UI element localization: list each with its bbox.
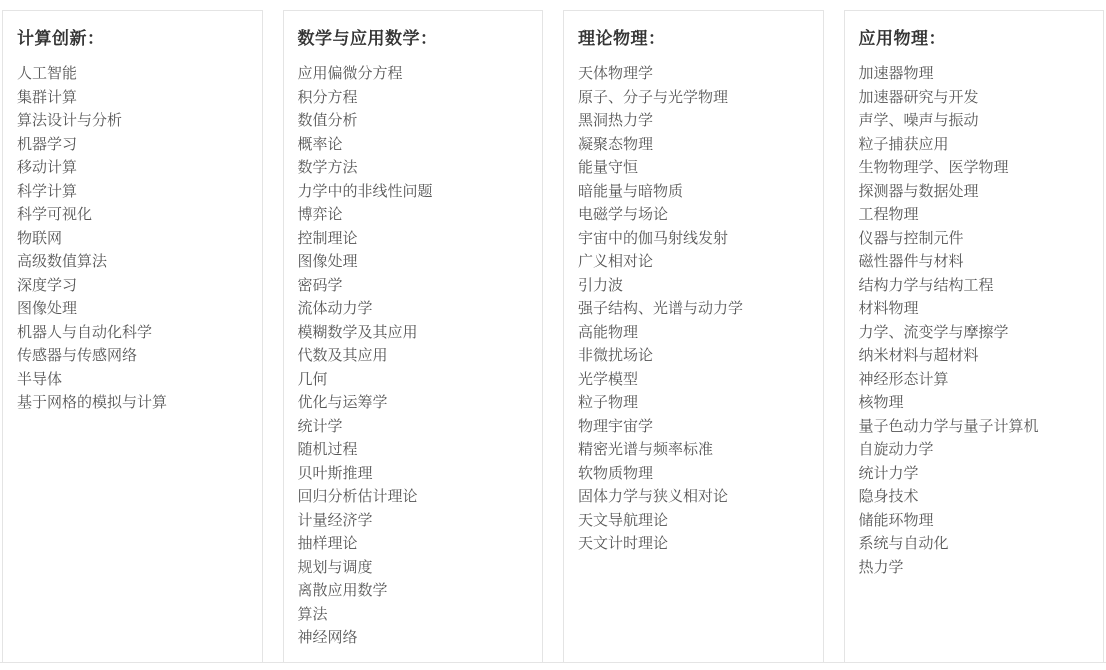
topic-item: 黑洞热力学 bbox=[578, 109, 809, 133]
topic-item: 系统与自动化 bbox=[859, 532, 1090, 556]
topic-item: 几何 bbox=[298, 368, 529, 392]
topic-item: 软物质物理 bbox=[578, 462, 809, 486]
topic-item: 加速器研究与开发 bbox=[859, 86, 1090, 110]
topic-item: 材料物理 bbox=[859, 297, 1090, 321]
topic-item: 结构力学与结构工程 bbox=[859, 274, 1090, 298]
topic-item: 物联网 bbox=[17, 227, 248, 251]
topic-item: 生物物理学、医学物理 bbox=[859, 156, 1090, 180]
topic-item: 宇宙中的伽马射线发射 bbox=[578, 227, 809, 251]
topic-item: 仪器与控制元件 bbox=[859, 227, 1090, 251]
topic-item: 光学模型 bbox=[578, 368, 809, 392]
topic-item: 神经网络 bbox=[298, 626, 529, 650]
topic-item: 探测器与数据处理 bbox=[859, 180, 1090, 204]
topic-list: 人工智能集群计算算法设计与分析机器学习移动计算科学计算科学可视化物联网高级数值算… bbox=[17, 62, 248, 415]
topic-item: 应用偏微分方程 bbox=[298, 62, 529, 86]
topic-item: 移动计算 bbox=[17, 156, 248, 180]
topic-item: 工程物理 bbox=[859, 203, 1090, 227]
category-column-3: 理论物理： 天体物理学原子、分子与光学物理黑洞热力学凝聚态物理能量守恒暗能量与暗… bbox=[563, 10, 824, 662]
topic-item: 集群计算 bbox=[17, 86, 248, 110]
topic-item: 规划与调度 bbox=[298, 556, 529, 580]
topic-item: 概率论 bbox=[298, 133, 529, 157]
topic-item: 物理宇宙学 bbox=[578, 415, 809, 439]
topic-item: 量子色动力学与量子计算机 bbox=[859, 415, 1090, 439]
topic-item: 随机过程 bbox=[298, 438, 529, 462]
topic-item: 固体力学与狭义相对论 bbox=[578, 485, 809, 509]
topic-item: 离散应用数学 bbox=[298, 579, 529, 603]
topic-item: 人工智能 bbox=[17, 62, 248, 86]
topic-item: 原子、分子与光学物理 bbox=[578, 86, 809, 110]
topic-item: 流体动力学 bbox=[298, 297, 529, 321]
topic-item: 贝叶斯推理 bbox=[298, 462, 529, 486]
topic-item: 热力学 bbox=[859, 556, 1090, 580]
topic-item: 暗能量与暗物质 bbox=[578, 180, 809, 204]
topic-item: 抽样理论 bbox=[298, 532, 529, 556]
topic-item: 算法设计与分析 bbox=[17, 109, 248, 133]
topic-item: 高级数值算法 bbox=[17, 250, 248, 274]
topic-item: 储能环物理 bbox=[859, 509, 1090, 533]
topic-item: 强子结构、光谱与动力学 bbox=[578, 297, 809, 321]
topic-item: 数值分析 bbox=[298, 109, 529, 133]
category-column-1: 计算创新： 人工智能集群计算算法设计与分析机器学习移动计算科学计算科学可视化物联… bbox=[2, 10, 263, 662]
topic-item: 半导体 bbox=[17, 368, 248, 392]
category-title: 数学与应用数学： bbox=[298, 27, 529, 50]
topic-item: 天体物理学 bbox=[578, 62, 809, 86]
topic-item: 模糊数学及其应用 bbox=[298, 321, 529, 345]
topic-item: 磁性器件与材料 bbox=[859, 250, 1090, 274]
topic-item: 粒子物理 bbox=[578, 391, 809, 415]
topic-item: 核物理 bbox=[859, 391, 1090, 415]
topic-item: 隐身技术 bbox=[859, 485, 1090, 509]
topic-item: 机器学习 bbox=[17, 133, 248, 157]
topic-item: 精密光谱与频率标准 bbox=[578, 438, 809, 462]
topic-item: 控制理论 bbox=[298, 227, 529, 251]
topic-list: 应用偏微分方程积分方程数值分析概率论数学方法力学中的非线性问题博弈论控制理论图像… bbox=[298, 62, 529, 650]
topic-item: 计量经济学 bbox=[298, 509, 529, 533]
topic-item: 广义相对论 bbox=[578, 250, 809, 274]
topic-item: 优化与运筹学 bbox=[298, 391, 529, 415]
topic-item: 科学计算 bbox=[17, 180, 248, 204]
topic-item: 神经形态计算 bbox=[859, 368, 1090, 392]
topic-item: 积分方程 bbox=[298, 86, 529, 110]
topic-item: 统计力学 bbox=[859, 462, 1090, 486]
category-title: 计算创新： bbox=[17, 27, 248, 50]
topic-item: 粒子捕获应用 bbox=[859, 133, 1090, 157]
topic-item: 天文导航理论 bbox=[578, 509, 809, 533]
topic-item: 回归分析估计理论 bbox=[298, 485, 529, 509]
topic-item: 统计学 bbox=[298, 415, 529, 439]
category-column-2: 数学与应用数学： 应用偏微分方程积分方程数值分析概率论数学方法力学中的非线性问题… bbox=[283, 10, 544, 662]
topic-list: 加速器物理加速器研究与开发声学、噪声与振动粒子捕获应用生物物理学、医学物理探测器… bbox=[859, 62, 1090, 579]
topic-item: 传感器与传感网络 bbox=[17, 344, 248, 368]
topic-item: 密码学 bbox=[298, 274, 529, 298]
topic-item: 天文计时理论 bbox=[578, 532, 809, 556]
category-column-4: 应用物理： 加速器物理加速器研究与开发声学、噪声与振动粒子捕获应用生物物理学、医… bbox=[844, 10, 1105, 662]
topic-item: 非微扰场论 bbox=[578, 344, 809, 368]
topic-item: 博弈论 bbox=[298, 203, 529, 227]
topic-item: 深度学习 bbox=[17, 274, 248, 298]
topic-item: 基于网格的模拟与计算 bbox=[17, 391, 248, 415]
topic-item: 代数及其应用 bbox=[298, 344, 529, 368]
topic-item: 纳米材料与超材料 bbox=[859, 344, 1090, 368]
topic-item: 高能物理 bbox=[578, 321, 809, 345]
topic-item: 自旋动力学 bbox=[859, 438, 1090, 462]
topic-item: 力学、流变学与摩擦学 bbox=[859, 321, 1090, 345]
topic-item: 声学、噪声与振动 bbox=[859, 109, 1090, 133]
topic-item: 图像处理 bbox=[17, 297, 248, 321]
topic-item: 数学方法 bbox=[298, 156, 529, 180]
topic-item: 机器人与自动化科学 bbox=[17, 321, 248, 345]
topic-item: 图像处理 bbox=[298, 250, 529, 274]
topic-item: 算法 bbox=[298, 603, 529, 627]
category-title: 理论物理： bbox=[578, 27, 809, 50]
category-columns: 计算创新： 人工智能集群计算算法设计与分析机器学习移动计算科学计算科学可视化物联… bbox=[0, 10, 1106, 663]
topic-item: 加速器物理 bbox=[859, 62, 1090, 86]
category-title: 应用物理： bbox=[859, 27, 1090, 50]
topic-list: 天体物理学原子、分子与光学物理黑洞热力学凝聚态物理能量守恒暗能量与暗物质电磁学与… bbox=[578, 62, 809, 556]
topic-item: 引力波 bbox=[578, 274, 809, 298]
topic-item: 能量守恒 bbox=[578, 156, 809, 180]
topic-item: 凝聚态物理 bbox=[578, 133, 809, 157]
topic-item: 电磁学与场论 bbox=[578, 203, 809, 227]
topic-item: 科学可视化 bbox=[17, 203, 248, 227]
topic-item: 力学中的非线性问题 bbox=[298, 180, 529, 204]
